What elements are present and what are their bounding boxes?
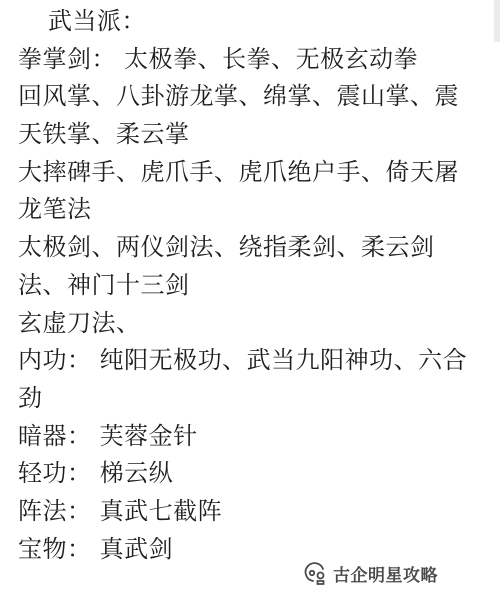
text-line-inner-skill: 内功： 纯阳无极功、武当九阳神功、六合	[18, 342, 498, 380]
watermark: 古企明星攻略	[303, 560, 438, 586]
text-line-hands-cont: 龙笔法	[18, 191, 498, 229]
text-line-palms-cont: 天铁掌、柔云掌	[18, 116, 498, 154]
text-line-hands: 大摔碑手、虎爪手、虎爪绝户手、倚天屠	[18, 154, 498, 192]
text-line-lightness-skill: 轻功： 梯云纵	[18, 455, 498, 493]
text-line-swords: 太极剑、两仪剑法、绕指柔剑、柔云剑	[18, 229, 498, 267]
text-line-hidden-weapon: 暗器： 芙蓉金针	[18, 418, 498, 456]
document-body: 武当派： 拳掌剑： 太极拳、长拳、无极玄动拳 回风掌、八卦游龙掌、绵掌、震山掌、…	[18, 3, 498, 568]
watermark-text: 古企明星攻略	[333, 561, 438, 586]
wechat-official-account-icon	[303, 560, 329, 586]
text-line-palms: 回风掌、八卦游龙掌、绵掌、震山掌、震	[18, 78, 498, 116]
text-line-blades: 玄虚刀法、	[18, 305, 498, 343]
text-line-formation: 阵法： 真武七截阵	[18, 493, 498, 531]
sect-title: 武当派：	[18, 3, 498, 41]
text-line-swords-cont: 法、神门十三剑	[18, 267, 498, 305]
text-line-martial-arts: 拳掌剑： 太极拳、长拳、无极玄动拳	[18, 41, 498, 79]
text-line-inner-skill-cont: 劲	[18, 380, 498, 418]
